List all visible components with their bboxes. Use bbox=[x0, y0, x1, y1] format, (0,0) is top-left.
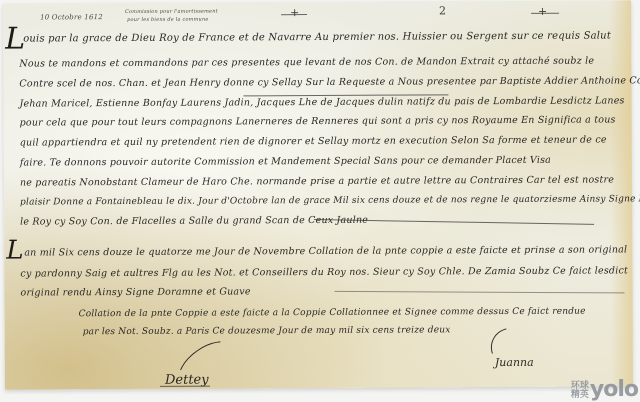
body-line: par les Not. Soubz. a Paris Ce douzesme … bbox=[83, 325, 451, 337]
manuscript-page: 10 Octobre 1612 Commission pour l'amorti… bbox=[3, 0, 633, 389]
watermark-cn-2: 精英 bbox=[571, 391, 589, 400]
marginal-note: Commission pour l'amortissement bbox=[125, 9, 218, 15]
body-line: cy pardonny Saig et aultres Flg au les N… bbox=[20, 265, 628, 279]
marginal-note: pour les biens de la commune bbox=[127, 17, 209, 23]
mark-rule bbox=[281, 14, 307, 15]
signature-right: Juanna bbox=[495, 356, 534, 369]
body-line: faire. Te donnons pouvoir autorite Commi… bbox=[20, 155, 551, 169]
document-date: 10 Octobre 1612 bbox=[40, 13, 103, 21]
drop-cap: L bbox=[5, 22, 25, 57]
watermark: 环球 精英 yolo bbox=[571, 380, 638, 400]
section-rule bbox=[335, 291, 625, 294]
drop-cap: L bbox=[6, 236, 23, 266]
body-line: pour cela que pour tout leurs compagnons… bbox=[20, 114, 616, 128]
body-line: an mil Six cens douze le quatorze me Jou… bbox=[24, 244, 627, 258]
signature-flourish bbox=[483, 320, 545, 380]
mark-rule bbox=[531, 13, 559, 14]
watermark-chinese: 环球 精英 bbox=[571, 382, 589, 400]
body-line: Nous te mandons et commandons par ces pr… bbox=[19, 56, 594, 70]
body-line: le Roy cy Soy Con. de Flacelles a Salle … bbox=[20, 215, 368, 228]
page-number: 2 bbox=[439, 4, 446, 17]
body-line: Jehan Maricel, Estienne Bonfay Laurens J… bbox=[19, 95, 624, 109]
cross-mark: + bbox=[538, 5, 547, 18]
body-line: ouis par la grace de Dieu Roy de France … bbox=[23, 30, 611, 44]
body-line: quil appartiendra et quil ny pretendent … bbox=[20, 134, 607, 148]
watermark-latin: yolo bbox=[590, 380, 638, 400]
cross-mark: + bbox=[290, 6, 299, 19]
body-line: original rendu Ainsy Signe Doramne et Gu… bbox=[20, 286, 250, 298]
body-line: plaisir Donne a Fontainebleau le dix. Jo… bbox=[20, 194, 640, 207]
body-line: Contre scel de nos. Chan. et Jean Henry … bbox=[19, 75, 640, 89]
body-line: ne pareatis Nonobstant Clameur de Haro C… bbox=[20, 174, 614, 188]
body-line: Collation de la pnte Coppie a este faict… bbox=[79, 307, 586, 320]
